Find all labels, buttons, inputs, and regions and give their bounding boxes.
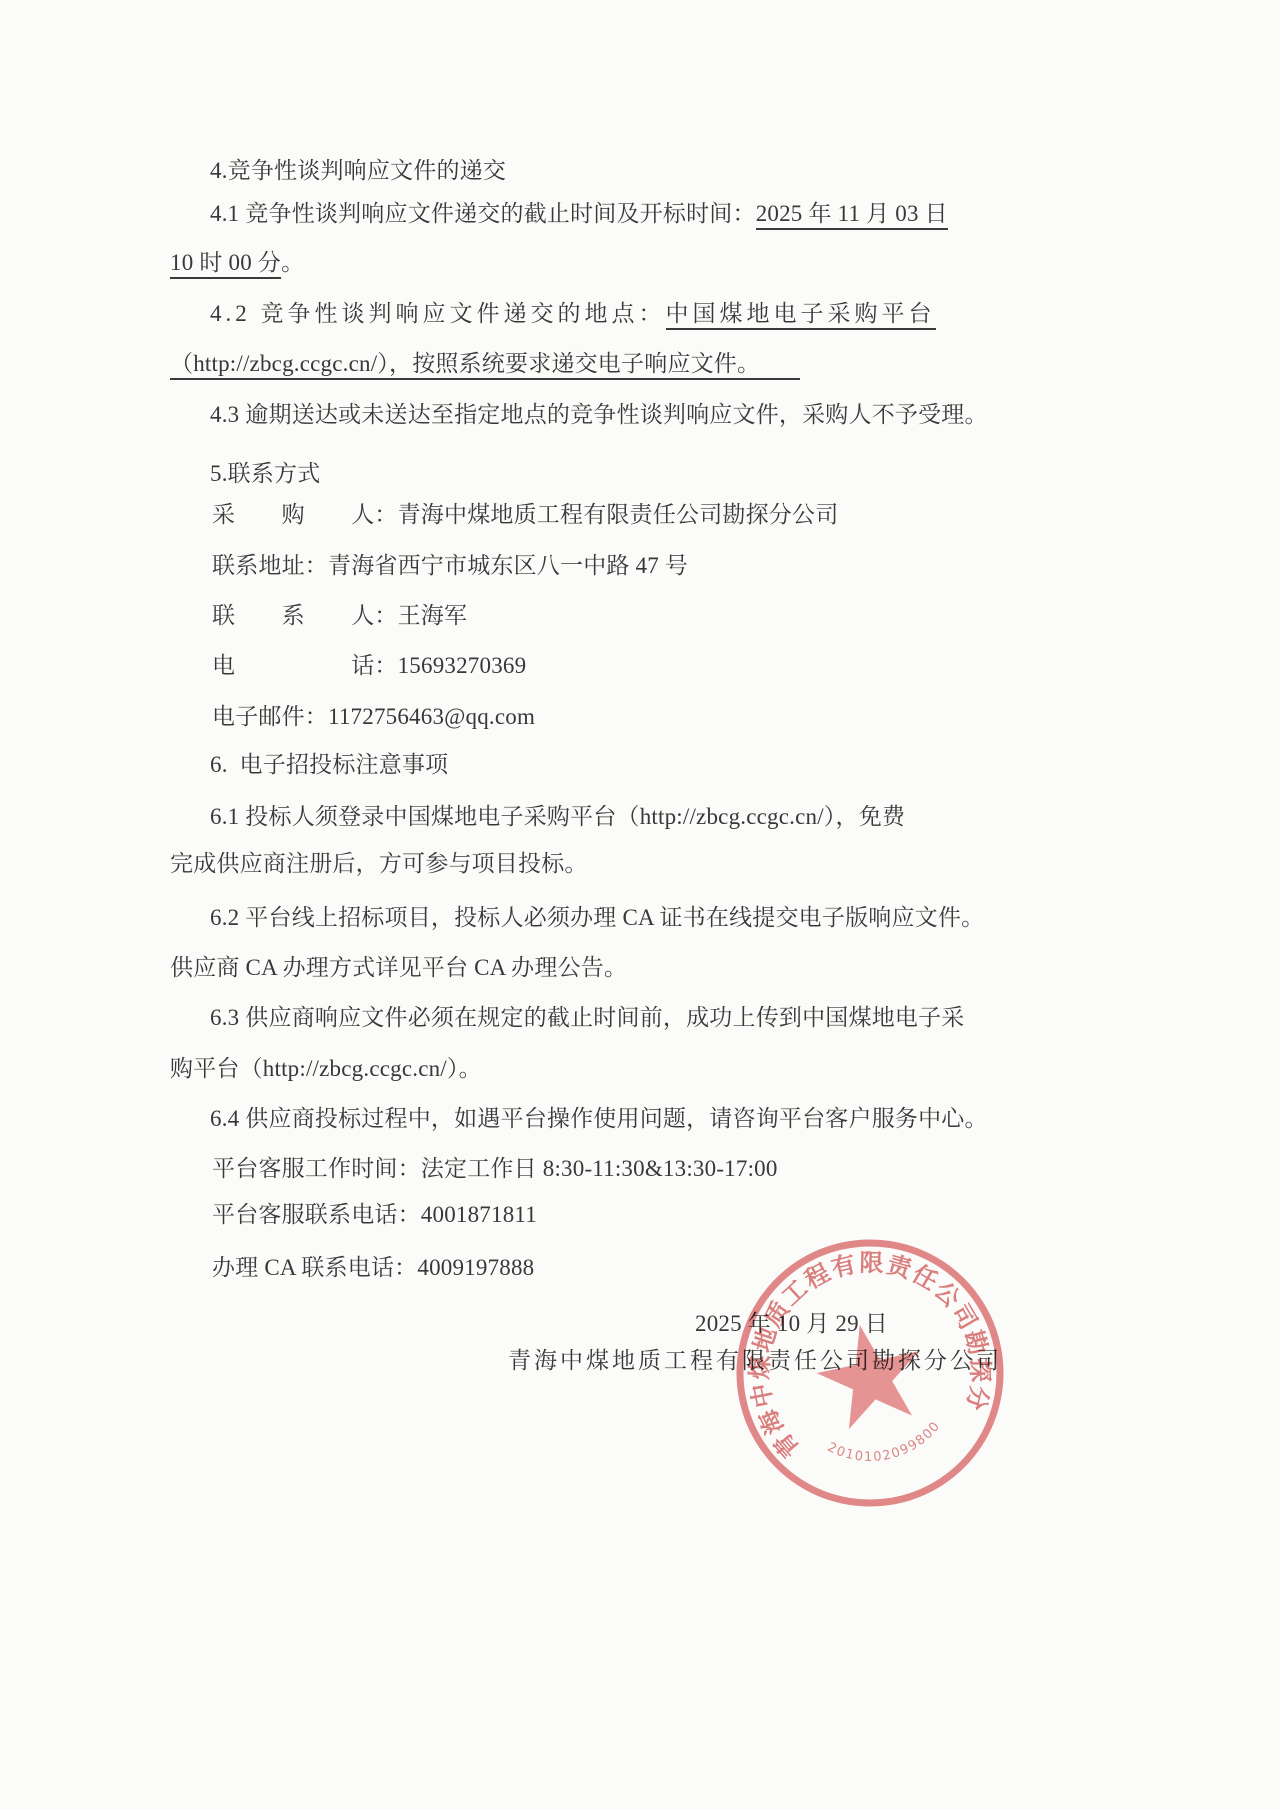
section-6-heading: 6. 电子招投标注意事项 xyxy=(210,750,448,780)
doc-text: 6.3 供应商响应文件必须在规定的截止时间前，成功上传到中国煤地电子采 xyxy=(210,1005,965,1030)
doc-text: 完成供应商注册后，方可参与项目投标。 xyxy=(170,851,588,876)
service-hours-line: 平台客服工作时间：法定工作日 8:30-11:30&13:30-17:00 xyxy=(212,1154,778,1184)
section-5-heading: 5.联系方式 xyxy=(210,459,320,489)
doc-text: 电 话：15693270369 xyxy=(212,653,526,678)
doc-text: 5.联系方式 xyxy=(210,461,320,486)
doc-text: 4.3 逾期送达或未送达至指定地点的竞争性谈判响应文件，采购人不予受理。 xyxy=(210,402,988,427)
section-4-heading: 4.竞争性谈判响应文件的递交 xyxy=(210,156,506,186)
purchaser-line: 采 购 人：青海中煤地质工程有限责任公司勘探分公司 xyxy=(212,500,838,530)
doc-text: 4.2 竞争性谈判响应文件递交的地点： xyxy=(210,301,666,326)
contact-person-line: 联 系 人：王海军 xyxy=(212,601,467,631)
clause-4-3: 4.3 逾期送达或未送达至指定地点的竞争性谈判响应文件，采购人不予受理。 xyxy=(210,400,988,430)
seal-star-icon xyxy=(809,1314,932,1433)
svg-text:2010102099800: 2010102099800 xyxy=(822,1417,948,1476)
service-phone-line: 平台客服联系电话：4001871811 xyxy=(212,1200,537,1230)
doc-text: 采 购 人：青海中煤地质工程有限责任公司勘探分公司 xyxy=(212,502,838,527)
clause-6-4: 6.4 供应商投标过程中，如遇平台操作使用问题，请咨询平台客户服务中心。 xyxy=(210,1104,988,1134)
seal-serial-text: 2010102099800 xyxy=(822,1417,948,1476)
platform-url-underlined: （http://zbcg.ccgc.cn/），按照系统要求递交电子响应文件。 xyxy=(170,351,800,380)
clause-6-2-continuation: 供应商 CA 办理方式详见平台 CA 办理公告。 xyxy=(170,953,627,983)
clause-6-1: 6.1 投标人须登录中国煤地电子采购平台（http://zbcg.ccgc.cn… xyxy=(210,802,905,832)
doc-text: 办理 CA 联系电话：4009197888 xyxy=(212,1255,534,1280)
clause-4-1-continuation: 10 时 00 分。 xyxy=(170,248,304,278)
address-line: 联系地址：青海省西宁市城东区八一中路 47 号 xyxy=(212,551,688,581)
official-seal: 青海中煤地质工程有限责任公司勘探分公司 2010102099800 xyxy=(704,1207,1036,1539)
doc-text: 平台客服联系电话：4001871811 xyxy=(212,1202,537,1227)
deadline-time-underlined: 10 时 00 分 xyxy=(170,250,281,279)
seal-graphic: 青海中煤地质工程有限责任公司勘探分公司 2010102099800 xyxy=(704,1207,1036,1539)
platform-name-underlined: 中国煤地电子采购平台 xyxy=(666,301,936,330)
doc-text: 平台客服工作时间：法定工作日 8:30-11:30&13:30-17:00 xyxy=(212,1156,778,1181)
clause-6-2: 6.2 平台线上招标项目，投标人必须办理 CA 证书在线提交电子版响应文件。 xyxy=(210,903,984,933)
doc-text: 6.2 平台线上招标项目，投标人必须办理 CA 证书在线提交电子版响应文件。 xyxy=(210,905,984,930)
phone-line: 电 话：15693270369 xyxy=(212,651,526,681)
document-page: 4.竞争性谈判响应文件的递交 4.1 竞争性谈判响应文件递交的截止时间及开标时间… xyxy=(0,0,1280,1810)
doc-text: 4.1 竞争性谈判响应文件递交的截止时间及开标时间： xyxy=(210,201,756,226)
email-line: 电子邮件：1172756463@qq.com xyxy=(212,702,535,732)
doc-text: 4.竞争性谈判响应文件的递交 xyxy=(210,158,506,183)
doc-text: 6. 电子招投标注意事项 xyxy=(210,752,448,777)
doc-text: 联 系 人：王海军 xyxy=(212,603,467,628)
doc-text: 。 xyxy=(281,250,304,275)
clause-6-1-continuation: 完成供应商注册后，方可参与项目投标。 xyxy=(170,849,588,879)
doc-text: 电子邮件：1172756463@qq.com xyxy=(212,704,535,729)
clause-6-3-continuation: 购平台（http://zbcg.ccgc.cn/）。 xyxy=(170,1054,482,1084)
ca-phone-line: 办理 CA 联系电话：4009197888 xyxy=(212,1253,534,1283)
clause-4-2-continuation: （http://zbcg.ccgc.cn/），按照系统要求递交电子响应文件。 xyxy=(170,349,800,379)
clause-6-3: 6.3 供应商响应文件必须在规定的截止时间前，成功上传到中国煤地电子采 xyxy=(210,1003,965,1033)
clause-4-1: 4.1 竞争性谈判响应文件递交的截止时间及开标时间：2025 年 11 月 03… xyxy=(210,199,948,229)
doc-text: 6.1 投标人须登录中国煤地电子采购平台（http://zbcg.ccgc.cn… xyxy=(210,804,905,829)
deadline-underlined: 2025 年 11 月 03 日 xyxy=(756,201,948,230)
clause-4-2: 4.2 竞争性谈判响应文件递交的地点：中国煤地电子采购平台 xyxy=(210,299,936,329)
doc-text: 购平台（http://zbcg.ccgc.cn/）。 xyxy=(170,1056,482,1081)
doc-text: 6.4 供应商投标过程中，如遇平台操作使用问题，请咨询平台客户服务中心。 xyxy=(210,1106,988,1131)
doc-text: 联系地址：青海省西宁市城东区八一中路 47 号 xyxy=(212,553,688,578)
doc-text: 供应商 CA 办理方式详见平台 CA 办理公告。 xyxy=(170,955,627,980)
